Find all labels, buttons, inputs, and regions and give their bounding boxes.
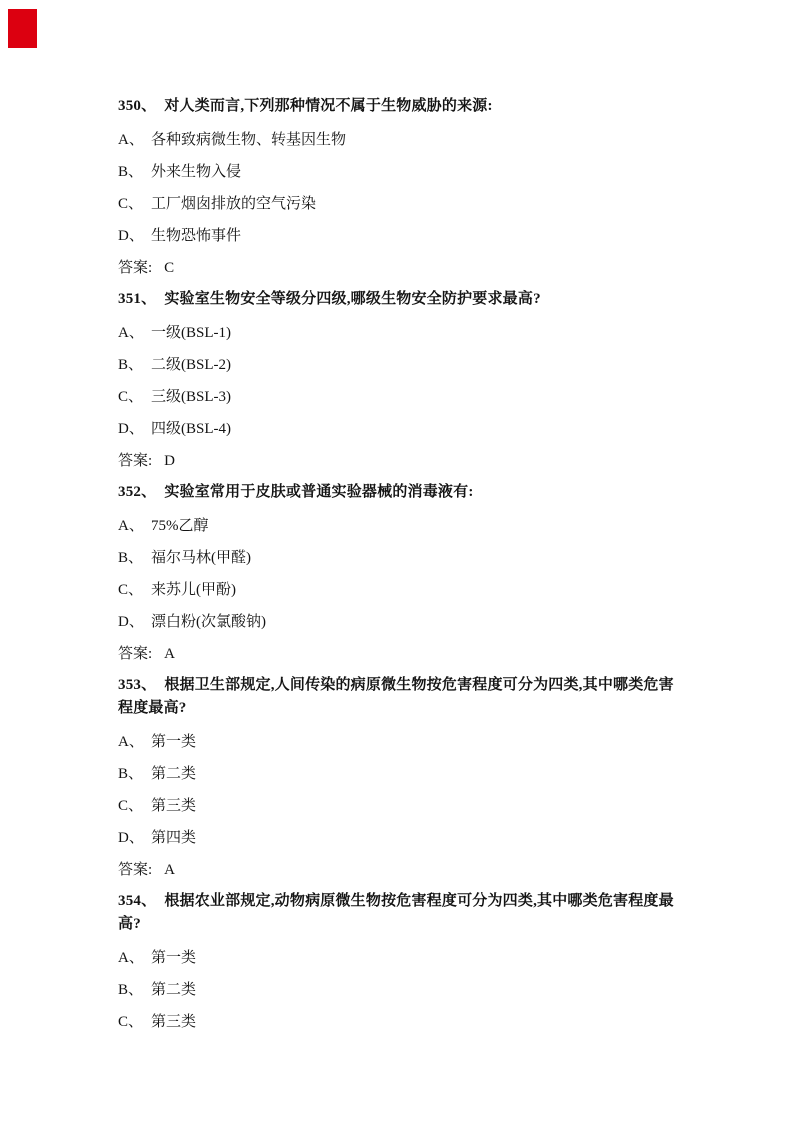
option-row: C、第三类: [118, 796, 683, 816]
option-row: B、第二类: [118, 980, 683, 1000]
option-text: 第四类: [151, 830, 196, 846]
document-page: 350、对人类而言,下列那种情况不属于生物威胁的来源: A、各种致病微生物、转基…: [0, 0, 793, 1122]
option-row: C、工厂烟囱排放的空气污染: [118, 194, 683, 214]
answer-label: 答案:: [118, 453, 152, 469]
option-row: A、第一类: [118, 948, 683, 968]
question-title: 353、根据卫生部规定,人间传染的病原微生物按危害程度可分为四类,其中哪类危害程…: [118, 674, 683, 720]
option-text: 福尔马林(甲醛): [151, 550, 251, 566]
option-row: B、福尔马林(甲醛): [118, 548, 683, 568]
option-row: A、各种致病微生物、转基因生物: [118, 130, 683, 150]
question-number: 352、: [118, 484, 156, 500]
question-text: 根据农业部规定,动物病原微生物按危害程度可分为四类,其中哪类危害程度最高?: [118, 893, 674, 932]
question-352: 352、实验室常用于皮肤或普通实验器械的消毒液有: A、75%乙醇 B、福尔马林…: [118, 481, 683, 664]
option-letter: C、: [118, 194, 151, 214]
option-text: 第三类: [151, 1014, 196, 1030]
answer-row: 答案:A: [118, 644, 683, 664]
option-text: 三级(BSL-3): [151, 389, 231, 405]
option-letter: B、: [118, 548, 151, 568]
answer-row: 答案:C: [118, 258, 683, 278]
option-row: D、漂白粉(次氯酸钠): [118, 612, 683, 632]
option-letter: A、: [118, 516, 151, 536]
answer-value: A: [164, 646, 175, 662]
answer-value: C: [164, 260, 174, 276]
option-letter: D、: [118, 226, 151, 246]
question-number: 350、: [118, 98, 156, 114]
option-letter: B、: [118, 355, 151, 375]
option-letter: A、: [118, 948, 151, 968]
question-number: 351、: [118, 291, 156, 307]
question-title: 350、对人类而言,下列那种情况不属于生物威胁的来源:: [118, 95, 683, 118]
page-content: 350、对人类而言,下列那种情况不属于生物威胁的来源: A、各种致病微生物、转基…: [0, 0, 793, 1044]
answer-label: 答案:: [118, 646, 152, 662]
option-row: C、第三类: [118, 1012, 683, 1032]
option-text: 来苏儿(甲酚): [151, 582, 236, 598]
option-letter: B、: [118, 980, 151, 1000]
question-353: 353、根据卫生部规定,人间传染的病原微生物按危害程度可分为四类,其中哪类危害程…: [118, 674, 683, 880]
question-title: 352、实验室常用于皮肤或普通实验器械的消毒液有:: [118, 481, 683, 504]
option-row: A、第一类: [118, 732, 683, 752]
option-text: 漂白粉(次氯酸钠): [151, 614, 266, 630]
question-text: 对人类而言,下列那种情况不属于生物威胁的来源:: [164, 98, 492, 114]
option-text: 第二类: [151, 766, 196, 782]
option-letter: C、: [118, 1012, 151, 1032]
option-row: D、生物恐怖事件: [118, 226, 683, 246]
question-354: 354、根据农业部规定,动物病原微生物按危害程度可分为四类,其中哪类危害程度最高…: [118, 890, 683, 1032]
question-351: 351、实验室生物安全等级分四级,哪级生物安全防护要求最高? A、一级(BSL-…: [118, 288, 683, 471]
question-number: 353、: [118, 677, 156, 693]
option-row: D、四级(BSL-4): [118, 419, 683, 439]
answer-label: 答案:: [118, 862, 152, 878]
question-title: 351、实验室生物安全等级分四级,哪级生物安全防护要求最高?: [118, 288, 683, 311]
option-row: C、来苏儿(甲酚): [118, 580, 683, 600]
option-text: 外来生物入侵: [151, 164, 241, 180]
option-letter: C、: [118, 796, 151, 816]
option-letter: D、: [118, 612, 151, 632]
option-letter: D、: [118, 828, 151, 848]
question-title: 354、根据农业部规定,动物病原微生物按危害程度可分为四类,其中哪类危害程度最高…: [118, 890, 683, 936]
option-letter: A、: [118, 323, 151, 343]
option-text: 一级(BSL-1): [151, 325, 231, 341]
option-row: A、75%乙醇: [118, 516, 683, 536]
option-letter: A、: [118, 732, 151, 752]
option-text: 第一类: [151, 950, 196, 966]
option-row: B、第二类: [118, 764, 683, 784]
option-text: 工厂烟囱排放的空气污染: [151, 196, 316, 212]
option-text: 75%乙醇: [151, 518, 209, 534]
option-letter: D、: [118, 419, 151, 439]
question-text: 实验室生物安全等级分四级,哪级生物安全防护要求最高?: [164, 291, 540, 307]
option-text: 二级(BSL-2): [151, 357, 231, 373]
option-row: C、三级(BSL-3): [118, 387, 683, 407]
option-letter: C、: [118, 580, 151, 600]
answer-label: 答案:: [118, 260, 152, 276]
option-text: 四级(BSL-4): [151, 421, 231, 437]
answer-value: A: [164, 862, 175, 878]
answer-row: 答案:D: [118, 451, 683, 471]
question-number: 354、: [118, 893, 156, 909]
answer-row: 答案:A: [118, 860, 683, 880]
option-text: 生物恐怖事件: [151, 228, 241, 244]
option-text: 各种致病微生物、转基因生物: [151, 132, 346, 148]
option-letter: C、: [118, 387, 151, 407]
option-row: B、外来生物入侵: [118, 162, 683, 182]
question-text: 实验室常用于皮肤或普通实验器械的消毒液有:: [164, 484, 473, 500]
option-text: 第一类: [151, 734, 196, 750]
question-text: 根据卫生部规定,人间传染的病原微生物按危害程度可分为四类,其中哪类危害程度最高?: [118, 677, 674, 716]
option-letter: B、: [118, 162, 151, 182]
answer-value: D: [164, 453, 175, 469]
option-letter: A、: [118, 130, 151, 150]
option-row: A、一级(BSL-1): [118, 323, 683, 343]
option-letter: B、: [118, 764, 151, 784]
option-row: D、第四类: [118, 828, 683, 848]
option-text: 第二类: [151, 982, 196, 998]
option-text: 第三类: [151, 798, 196, 814]
question-350: 350、对人类而言,下列那种情况不属于生物威胁的来源: A、各种致病微生物、转基…: [118, 95, 683, 278]
option-row: B、二级(BSL-2): [118, 355, 683, 375]
